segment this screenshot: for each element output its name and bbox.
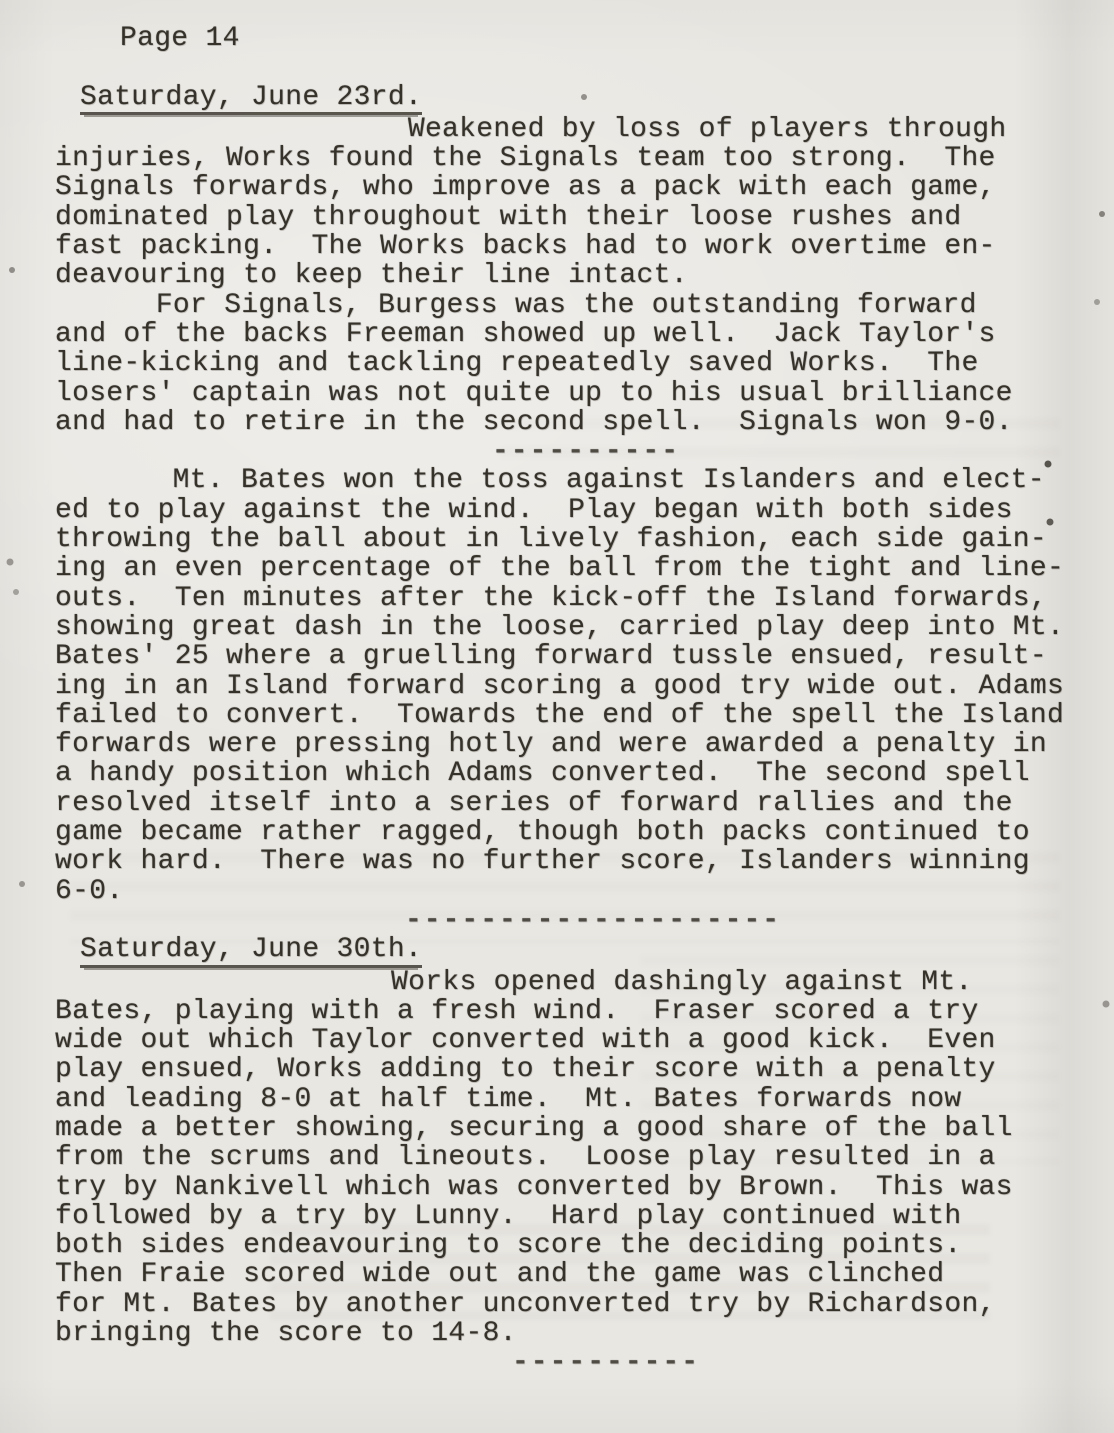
ink-specks [0,0,4,4]
typewritten-page: Page 14 Saturday, June 23rd. Weakened by… [0,0,1114,1433]
paragraph-signals-summary: For Signals, Burgess was the outstanding… [55,291,1075,437]
section-divider: ---------- [492,437,1075,466]
paragraph-works-vs-signals: Weakened by loss of players through inju… [55,115,1075,291]
section-divider: ---------- [512,1348,1075,1377]
paragraph-bates-vs-islanders: Mt. Bates won the toss against Islanders… [55,466,1075,905]
page-content: Page 14 Saturday, June 23rd. Weakened by… [55,24,1075,1378]
heading-june-23: Saturday, June 23rd. [80,83,422,115]
page-number: Page 14 [120,24,1075,53]
section-divider: -------------------- [405,906,1075,935]
blank-line [55,53,1075,82]
heading-june-30: Saturday, June 30th. [80,935,422,967]
paragraph-works-vs-bates: Works opened dashingly against Mt. Bates… [55,968,1075,1349]
